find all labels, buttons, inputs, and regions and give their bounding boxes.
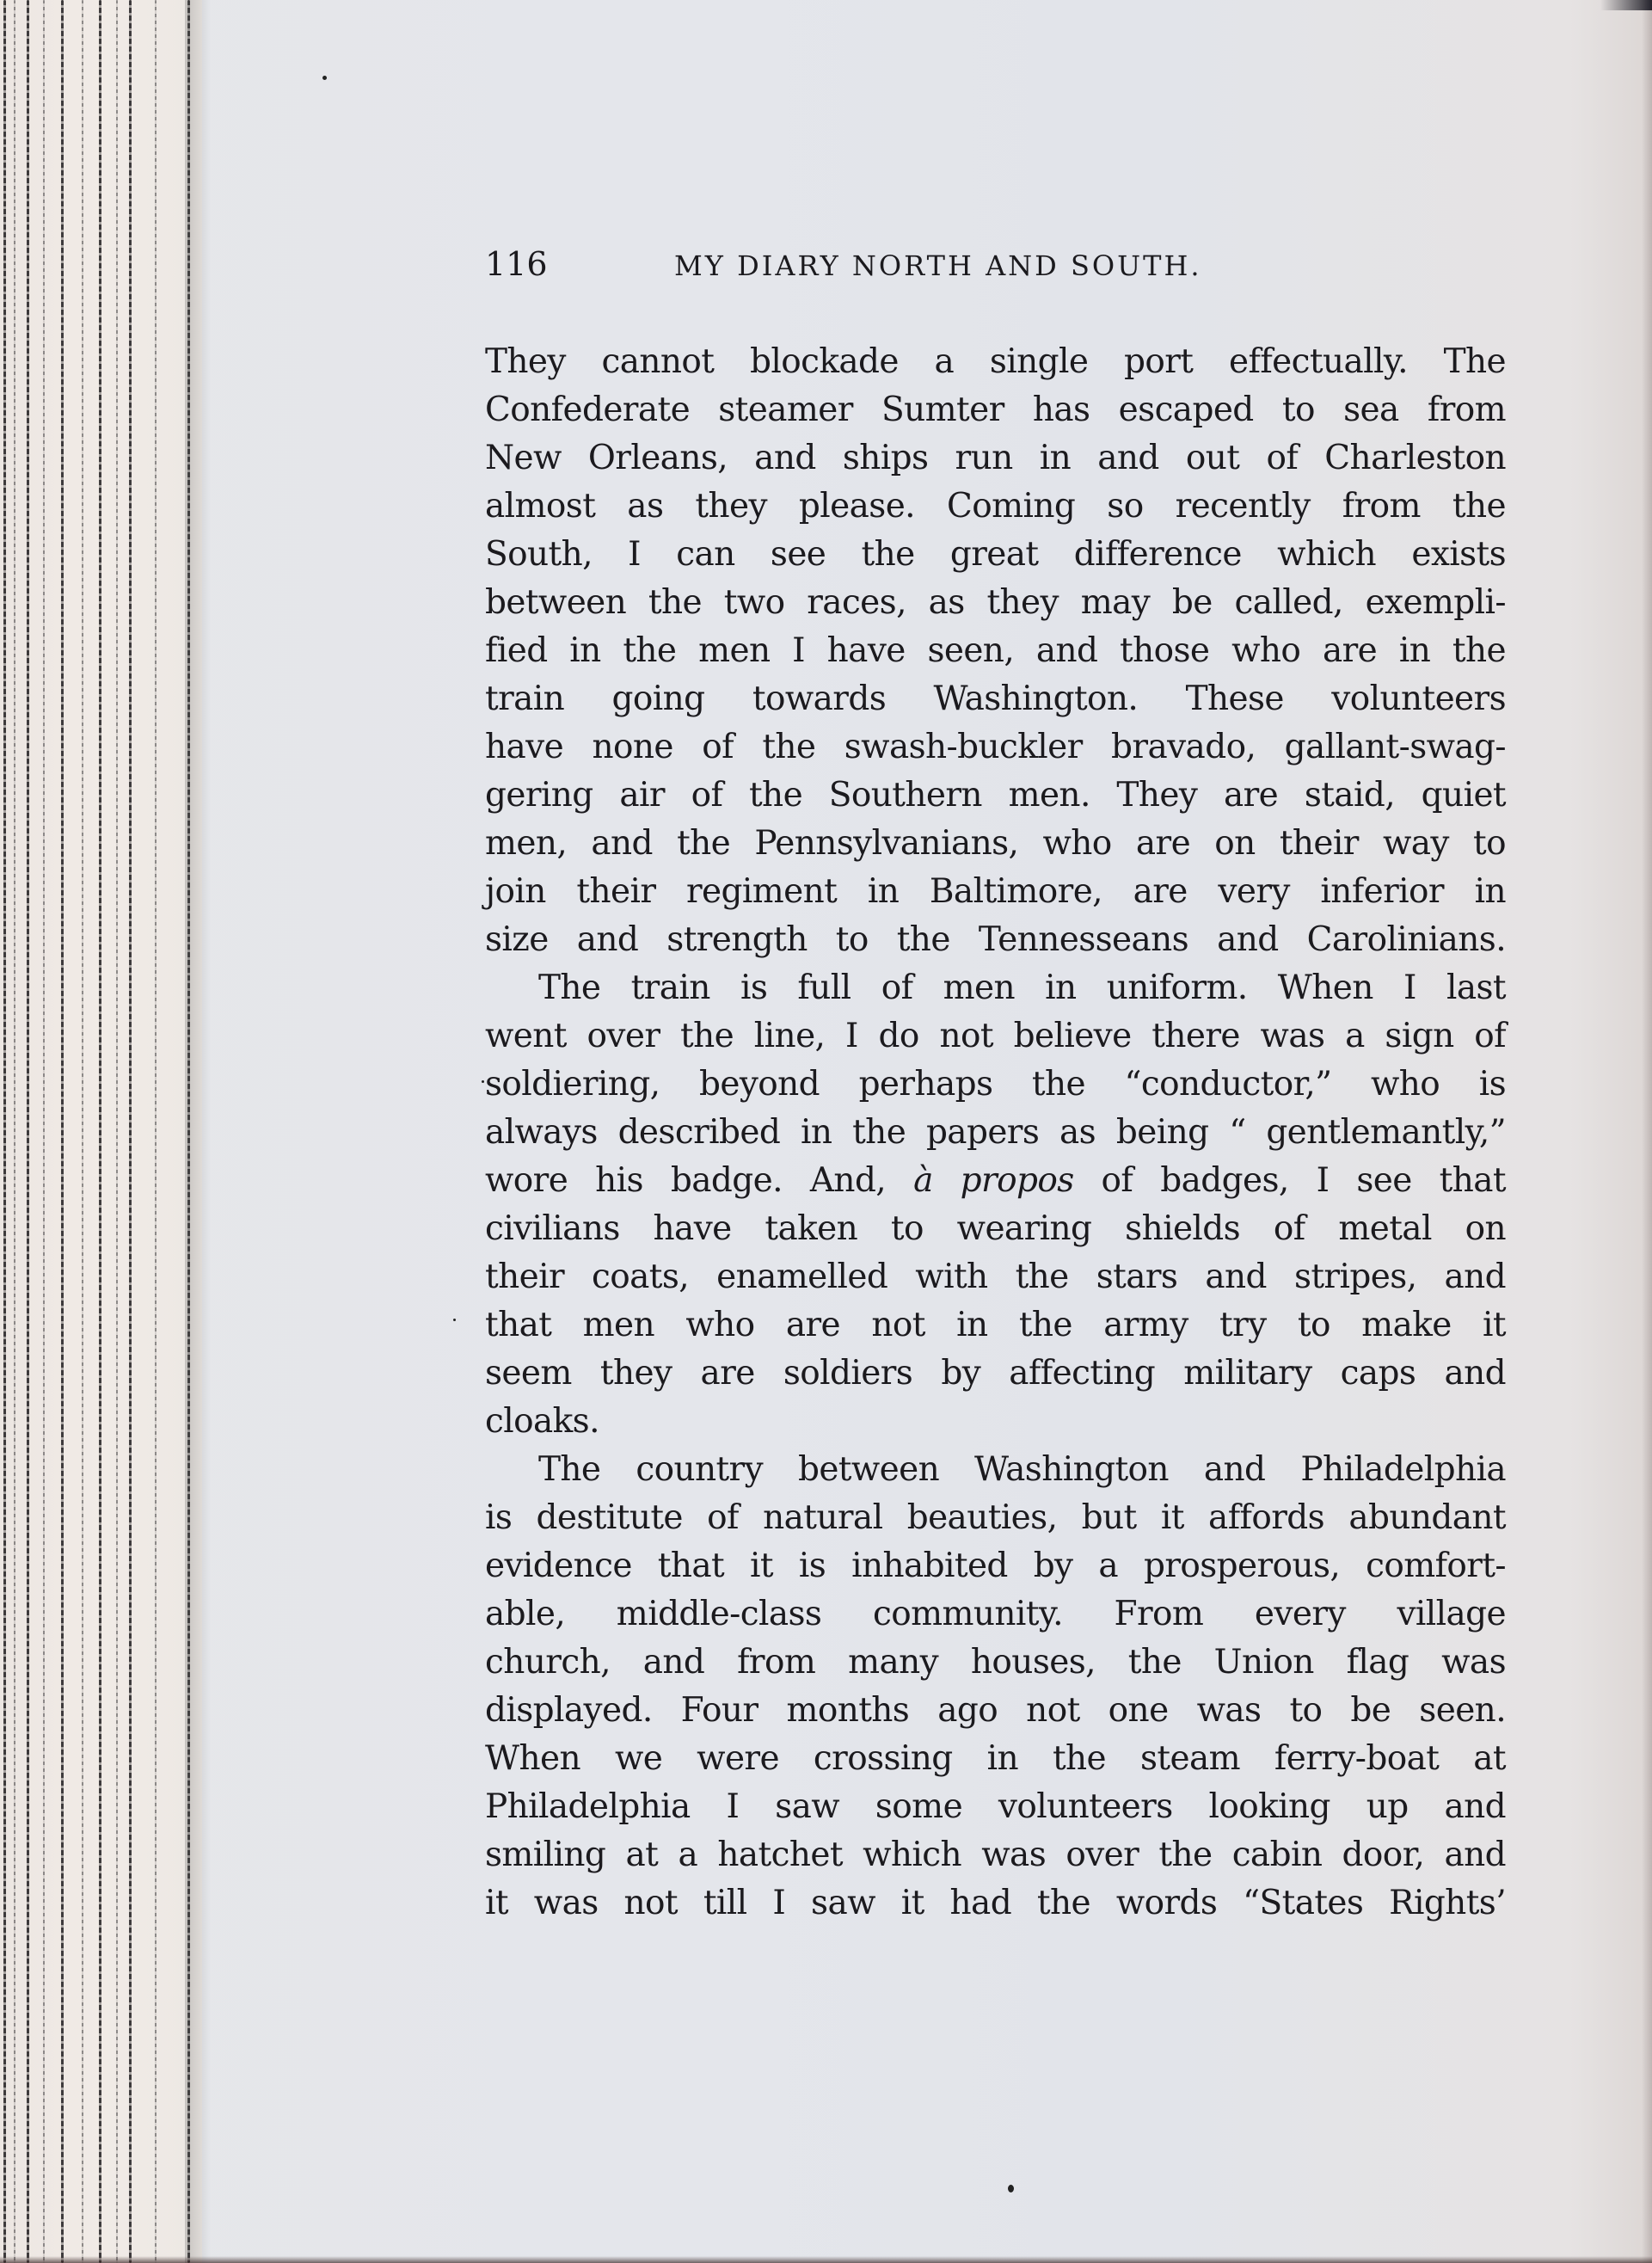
page-edge-line <box>116 0 118 2263</box>
text-line: join their regiment in Baltimore, are ve… <box>485 868 1506 916</box>
text-line: is destitute of natural beauties, but it… <box>485 1494 1506 1542</box>
text-line: that men who are not in the army try to … <box>485 1301 1506 1350</box>
text-line: They cannot blockade a single port effec… <box>485 338 1506 386</box>
page-edge-line <box>27 0 29 2263</box>
text-line: civilians have taken to wearing shields … <box>485 1205 1506 1253</box>
running-title: MY DIARY NORTH AND SOUTH. <box>674 249 1202 282</box>
right-page-edge <box>1642 0 1652 2263</box>
text-line: Philadelphia I saw some volunteers looki… <box>485 1783 1506 1831</box>
text-line: soldiering, beyond perhaps the “conducto… <box>485 1061 1506 1109</box>
text-line: almost as they please. Coming so recentl… <box>485 483 1506 531</box>
paper-speck <box>1008 2185 1014 2192</box>
text-line: New Orleans, and ships run in and out of… <box>485 434 1506 483</box>
paper-speck <box>482 1080 484 1083</box>
text-line: went over the line, I do not believe the… <box>485 1012 1506 1061</box>
gutter-shadow <box>185 0 211 2263</box>
text-line: cloaks. <box>485 1398 1506 1446</box>
page-edge-line <box>14 0 15 2263</box>
text-line: fied in the men I have seen, and those w… <box>485 627 1506 675</box>
text-line: When we were crossing in the steam ferry… <box>485 1735 1506 1783</box>
text-line: The train is full of men in uniform. Whe… <box>485 964 1506 1012</box>
bottom-page-edge <box>0 2256 1652 2263</box>
text-line: able, middle-class community. From every… <box>485 1590 1506 1639</box>
text-line: Confederate steamer Sumter has escaped t… <box>485 386 1506 434</box>
scanned-book-page: 116 MY DIARY NORTH AND SOUTH. They canno… <box>0 0 1652 2263</box>
text-line: displayed. Four months ago not one was t… <box>485 1687 1506 1735</box>
text-line: have none of the swash-buckler bravado, … <box>485 723 1506 772</box>
page-edge-line <box>155 0 157 2263</box>
paragraph: They cannot blockade a single port effec… <box>485 338 1506 964</box>
paper-speck <box>322 76 327 80</box>
text-line: South, I can see the great difference wh… <box>485 531 1506 579</box>
page-edge-line <box>61 0 64 2263</box>
text-line: it was not till I saw it had the words “… <box>485 1879 1506 1928</box>
text-line: The country between Washington and Phila… <box>485 1446 1506 1494</box>
italic-phrase: à propos <box>913 1161 1074 1200</box>
text-line: church, and from many houses, the Union … <box>485 1639 1506 1687</box>
paragraph: The train is full of men in uniform. Whe… <box>485 964 1506 1446</box>
text-line: between the two races, as they may be ca… <box>485 579 1506 627</box>
paragraph: The country between Washington and Phila… <box>485 1446 1506 1928</box>
body-text: They cannot blockade a single port effec… <box>485 338 1506 1928</box>
page-edge-line <box>129 0 132 2263</box>
text-line: evidence that it is inhabited by a prosp… <box>485 1542 1506 1590</box>
text-line: always described in the papers as being … <box>485 1109 1506 1157</box>
book-page-edges <box>0 0 202 2263</box>
page-text-block: 116 MY DIARY NORTH AND SOUTH. They canno… <box>485 245 1506 1928</box>
page-edge-line <box>82 0 83 2263</box>
page-edge-line <box>3 0 6 2263</box>
text-line: train going towards Washington. These vo… <box>485 675 1506 723</box>
text-line: seem they are soldiers by affecting mili… <box>485 1350 1506 1398</box>
page-number: 116 <box>485 245 674 283</box>
background-corner <box>1600 0 1652 10</box>
text-line: men, and the Pennsylvanians, who are on … <box>485 820 1506 868</box>
text-line: size and strength to the Tennesseans and… <box>485 916 1506 964</box>
text-line: gering air of the Southern men. They are… <box>485 772 1506 820</box>
paper-speck <box>453 1319 456 1321</box>
text-line: their coats, enamelled with the stars an… <box>485 1253 1506 1301</box>
text-line-with-italic: wore his badge. And, à propos of badges,… <box>485 1157 1506 1205</box>
text-line: smiling at a hatchet which was over the … <box>485 1831 1506 1879</box>
running-head: 116 MY DIARY NORTH AND SOUTH. <box>485 245 1506 297</box>
page-edge-line <box>99 0 101 2263</box>
page-edge-line <box>43 0 45 2263</box>
